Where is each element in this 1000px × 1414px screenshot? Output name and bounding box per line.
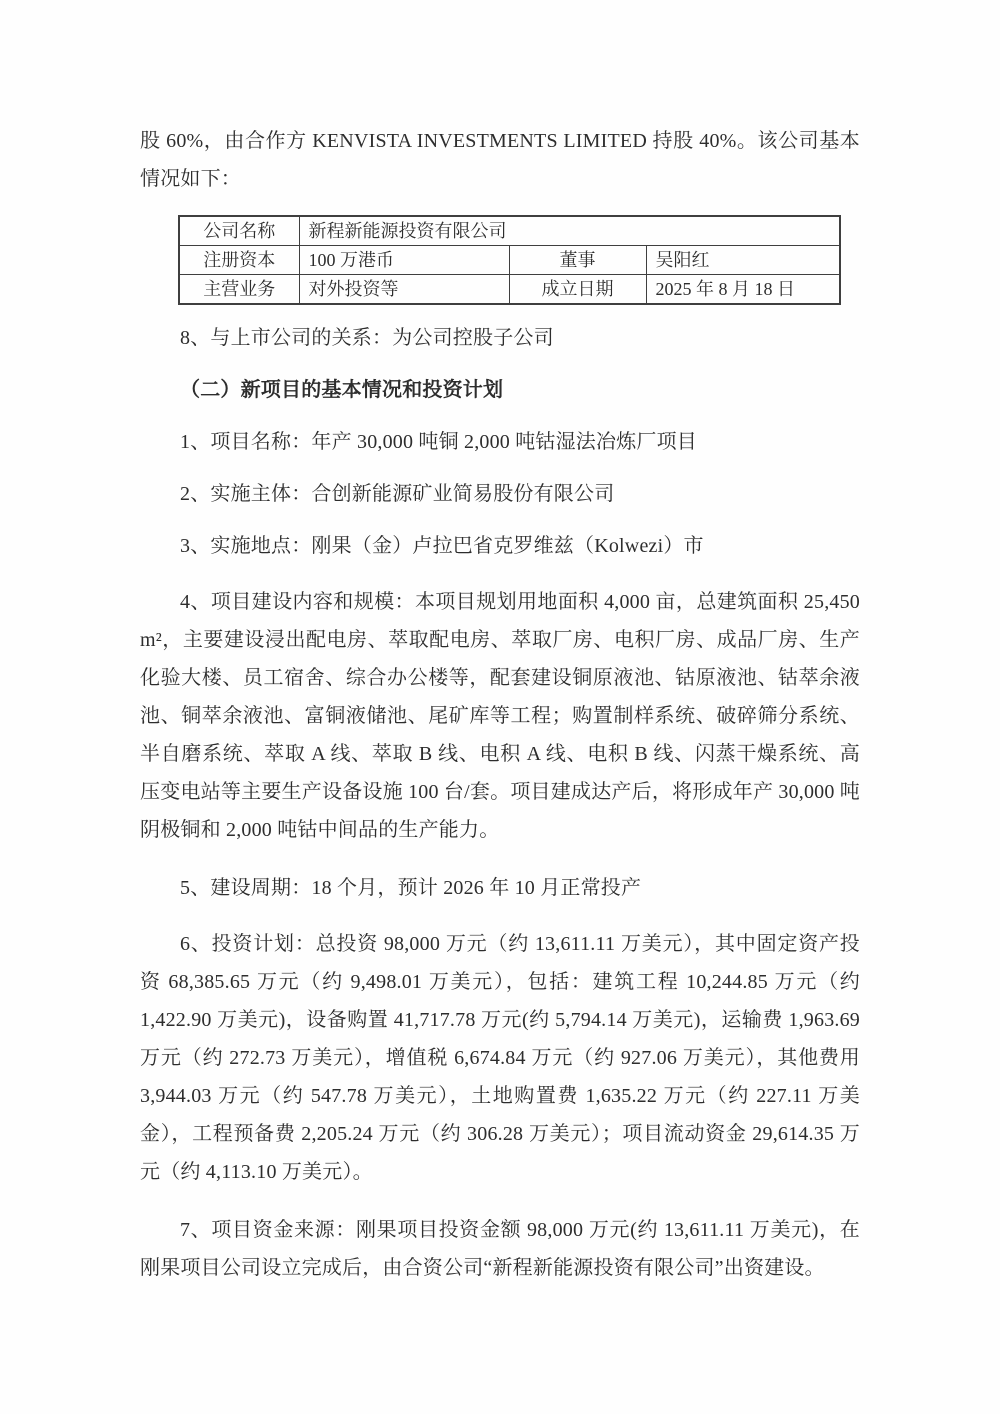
main-business-label: 主营业务 [179,275,299,305]
continuation-paragraph: 股 60%，由合作方 KENVISTA INVESTMENTS LIMITED … [140,122,860,198]
main-business-value: 对外投资等 [299,275,509,305]
item-construction-period: 5、建设周期：18 个月，预计 2026 年 10 月正常投产 [140,869,860,907]
company-name-value: 新程新能源投资有限公司 [299,216,840,246]
item-construction-scale: 4、项目建设内容和规模：本项目规划用地面积 4,000 亩，总建筑面积 25,4… [140,583,860,849]
document-page: 股 60%，由合作方 KENVISTA INVESTMENTS LIMITED … [0,0,1000,1414]
item-project-name: 1、项目名称：年产 30,000 吨铜 2,000 吨钴湿法冶炼厂项目 [140,423,860,461]
registered-capital-label: 注册资本 [179,246,299,275]
section-heading: （二）新项目的基本情况和投资计划 [140,371,860,409]
establish-date-label: 成立日期 [509,275,646,305]
table-row-capital-director: 注册资本 100 万港币 董事 吴阳红 [179,246,840,275]
director-value: 吴阳红 [646,246,840,275]
registered-capital-value: 100 万港币 [299,246,509,275]
company-name-label: 公司名称 [179,216,299,246]
company-info-table: 公司名称 新程新能源投资有限公司 注册资本 100 万港币 董事 吴阳红 主营业… [178,215,841,305]
table-row-business-date: 主营业务 对外投资等 成立日期 2025 年 8 月 18 日 [179,275,840,305]
item-implementing-entity: 2、实施主体：合创新能源矿业简易股份有限公司 [140,475,860,513]
item-investment-plan: 6、投资计划：总投资 98,000 万元（约 13,611.11 万美元），其中… [140,925,860,1191]
item-funding-source: 7、项目资金来源：刚果项目投资金额 98,000 万元(约 13,611.11 … [140,1211,860,1287]
director-label: 董事 [509,246,646,275]
table-row-company-name: 公司名称 新程新能源投资有限公司 [179,216,840,246]
item-location: 3、实施地点：刚果（金）卢拉巴省克罗维兹（Kolwezi）市 [140,527,860,565]
relation-item: 8、与上市公司的关系：为公司控股子公司 [140,319,860,357]
establish-date-value: 2025 年 8 月 18 日 [646,275,840,305]
